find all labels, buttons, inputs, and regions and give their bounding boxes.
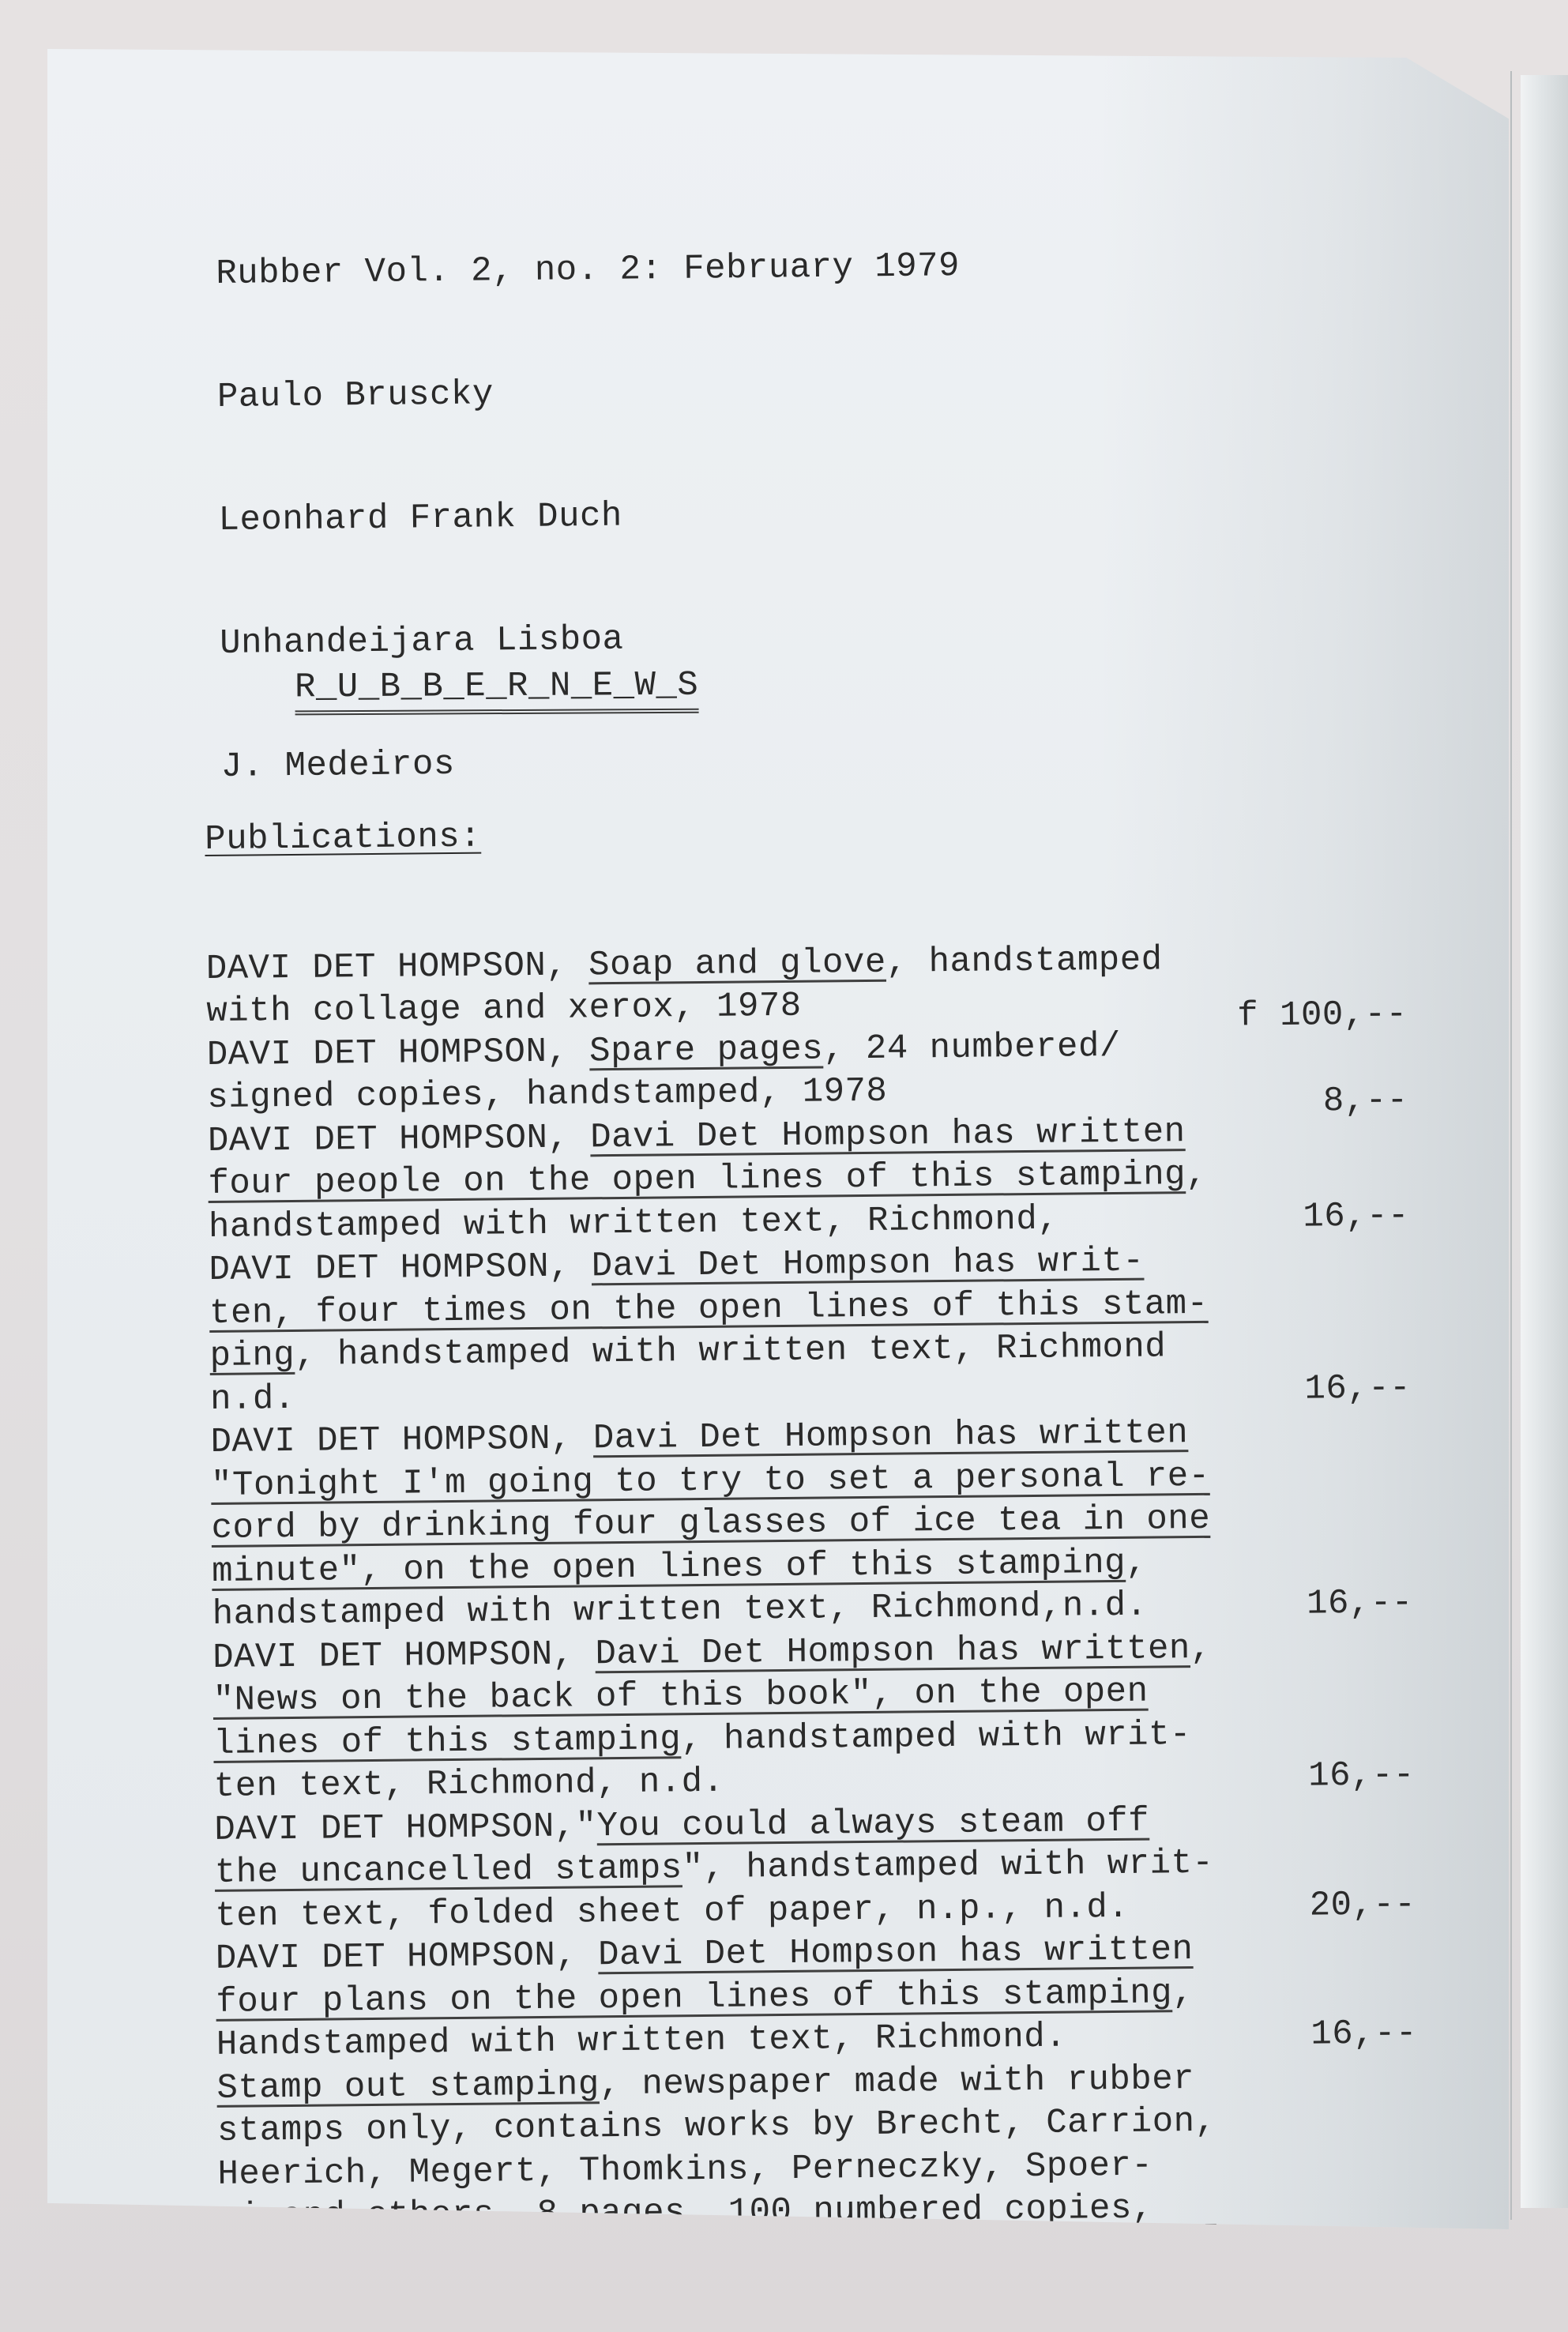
publications-list: Publications: DAVI DET HOMPSON, Soap and… bbox=[204, 720, 1419, 2282]
entry-title-underlined: Davi Det Hompson has written bbox=[593, 1413, 1189, 1458]
entry-text: , handstamped bbox=[886, 940, 1163, 982]
entry-title-underlined: Davi Det Hompson has written bbox=[598, 1930, 1194, 1975]
entry-text: , bbox=[1186, 1155, 1207, 1194]
entry-text: stamps only, contains works by Brecht, C… bbox=[217, 2102, 1216, 2151]
publications-subheading: Publications: bbox=[205, 807, 1405, 861]
entry-title-underlined: minute", on the open lines of this stamp… bbox=[212, 1543, 1126, 1591]
entry-text: DAVI DET HOMPSON, bbox=[216, 1935, 599, 1979]
entry-text: , bbox=[1172, 1973, 1194, 2013]
entry-text: DAVI DET HOMPSON, bbox=[212, 1634, 596, 1678]
contributor-name: Paulo Bruscky bbox=[217, 369, 961, 418]
entry-title-underlined: ten, four times on the open lines of thi… bbox=[209, 1284, 1209, 1333]
entry-price: 20,-- bbox=[1310, 1883, 1416, 1928]
entry-text: ", handstamped with writ- bbox=[682, 1844, 1214, 1888]
entry-text: ten text, Richmond, n.d. bbox=[214, 1762, 724, 1807]
entry-title-underlined: Davi Det Hompson has written bbox=[590, 1112, 1186, 1157]
entry-text: Handstamped with written text, Richmond. bbox=[216, 2018, 1067, 2065]
entry-price: 16,-- bbox=[1308, 1754, 1415, 1798]
entry-title-underlined: "Tonight I'm going to try to set a perso… bbox=[211, 1456, 1210, 1505]
entry-title-underlined: four people on the open lines of this st… bbox=[208, 1155, 1186, 1204]
issue-title: Rubber Vol. 2, no. 2: February 1979 bbox=[216, 246, 960, 295]
entry-text: , bbox=[1126, 1543, 1147, 1582]
entry-title-underlined: lines of this stamping bbox=[213, 1720, 681, 1764]
entry-text: signed copies, handstamped, 1978 bbox=[207, 1072, 887, 1118]
entry-text: DAVI DET HOMPSON, bbox=[210, 1419, 593, 1462]
entry-text: , 24 numbered/ bbox=[823, 1026, 1121, 1069]
entry-text: , newspaper made with rubber bbox=[599, 2059, 1194, 2104]
entry-title-underlined: cord by drinking four glasses of ice tea… bbox=[211, 1499, 1210, 1548]
next-page-edge bbox=[1521, 75, 1568, 2208]
entry-title-underlined: Davi Det Hompson has writ- bbox=[592, 1242, 1145, 1287]
entry-text: DAVI DET HOMPSON, bbox=[208, 1118, 591, 1161]
entry-price: 16,-- bbox=[1310, 2012, 1417, 2056]
entry-text: , handstamped with written text, Richmon… bbox=[295, 1327, 1167, 1375]
entry-text: DAVI DET HOMPSON, bbox=[209, 1247, 592, 1290]
entry-title-underlined: You could always steam off bbox=[596, 1801, 1149, 1846]
entry-text: DAVI DET HOMPSON, bbox=[206, 946, 589, 989]
entry-price: 16,-- bbox=[1307, 1582, 1413, 1626]
entry-text: DAVI DET HOMPSON," bbox=[214, 1807, 597, 1850]
entry-text: handstamped with written text, Richmond, bbox=[209, 1199, 1059, 1247]
entry-text: , handstamped with writ- bbox=[681, 1715, 1191, 1759]
entry-title-underlined: ping bbox=[209, 1336, 295, 1376]
binding-edge bbox=[1510, 71, 1512, 2220]
entry-title-underlined: Soap and glove bbox=[588, 942, 886, 985]
entry-text: with collage and xerox, 1978 bbox=[206, 987, 802, 1032]
entry-title-underlined: "News on the back of this book", on the … bbox=[213, 1672, 1149, 1721]
contributor-name: Leonhard Frank Duch bbox=[218, 492, 962, 541]
entry-text: , bbox=[1190, 1628, 1212, 1668]
entry-price: 16,-- bbox=[1303, 1194, 1409, 1239]
entry-title-underlined: Stamp out stamping bbox=[216, 2065, 600, 2108]
entry-price: 16,-- bbox=[1304, 1367, 1411, 1411]
document-page: Rubber Vol. 2, no. 2: February 1979 Paul… bbox=[47, 49, 1509, 2229]
entry-title-underlined: Spare pages bbox=[589, 1029, 823, 1071]
entry-text: ten text, folded sheet of paper, n.p., n… bbox=[215, 1887, 1129, 1935]
entry-text: DAVI DET HOMPSON, bbox=[207, 1032, 590, 1075]
entry-text: n.d. bbox=[210, 1379, 295, 1419]
entry-title-underlined: the uncancelled stamps bbox=[215, 1849, 682, 1893]
rubbernews-heading: R_U_B_B_E_R_N_E_W_S bbox=[295, 664, 699, 716]
entry-text: handstamped with written text, Richmond,… bbox=[212, 1586, 1147, 1634]
entry-title-underlined: four plans on the open lines of this sta… bbox=[216, 1973, 1172, 2022]
entry-title-underlined: Davi Det Hompson has written bbox=[595, 1629, 1190, 1674]
